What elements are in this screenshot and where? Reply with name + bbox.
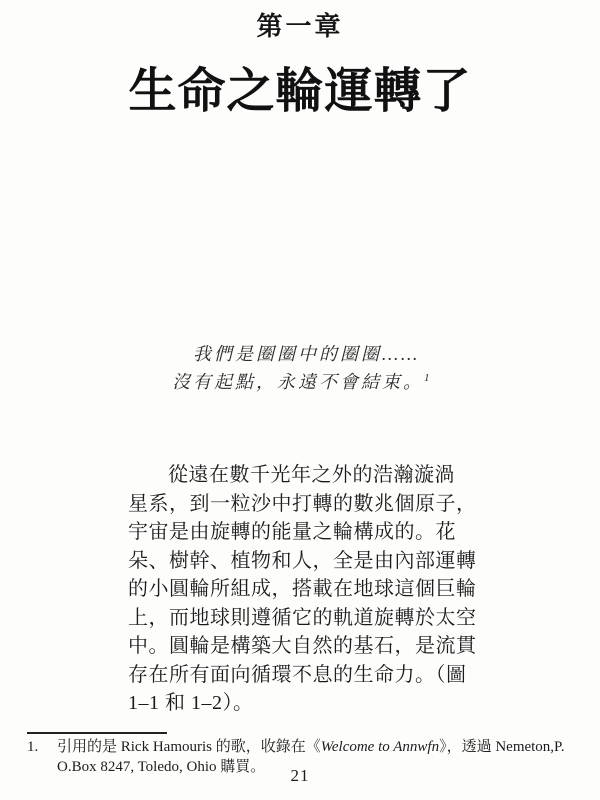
footnote-reference: 1	[424, 372, 430, 384]
body-line: 的小圓輪所組成，搭載在地球這個巨輪	[128, 575, 473, 604]
body-line: 朵、樹幹、植物和人，全是由內部運轉	[128, 547, 473, 576]
footnote-marker: 1.	[27, 738, 38, 758]
body-line: 中。圓輪是構築大自然的基石，是流貫	[128, 632, 473, 661]
epigraph-line-1: 我們是圈圈中的圈圈……	[172, 340, 430, 368]
book-page: 第一章 生命之輪運轉了 我們是圈圈中的圈圈…… 沒有起點，永遠不會結束。1 從遠…	[0, 0, 600, 800]
body-line: 上，而地球則遵循它的軌道旋轉於太空	[128, 604, 473, 633]
body-line: 星系，到一粒沙中打轉的數兆個原子，	[128, 490, 473, 519]
body-line: 存在所有面向循環不息的生命力。（圖	[128, 661, 473, 690]
footnote-work-title: Welcome to Annwfn	[321, 739, 439, 755]
body-line: 1–1 和 1–2）。	[128, 689, 473, 718]
footnote-text-pre: 引用的是 Rick Hamouris 的歌，收錄在《	[57, 739, 321, 755]
body-line: 宇宙是由旋轉的能量之輪構成的。花	[128, 518, 473, 547]
page-number: 21	[0, 766, 600, 786]
footnote-divider-rule	[27, 732, 167, 734]
body-paragraph: 從遠在數千光年之外的浩瀚漩渦 星系，到一粒沙中打轉的數兆個原子， 宇宙是由旋轉的…	[128, 461, 473, 718]
page-title: 生命之輪運轉了	[0, 52, 600, 121]
epigraph-line-2: 沒有起點，永遠不會結束。1	[172, 368, 430, 396]
chapter-heading: 第一章	[0, 6, 600, 43]
epigraph: 我們是圈圈中的圈圈…… 沒有起點，永遠不會結束。1	[172, 340, 430, 396]
body-line: 從遠在數千光年之外的浩瀚漩渦	[128, 461, 473, 490]
epigraph-line-2-text: 沒有起點，永遠不會結束。	[172, 372, 424, 392]
